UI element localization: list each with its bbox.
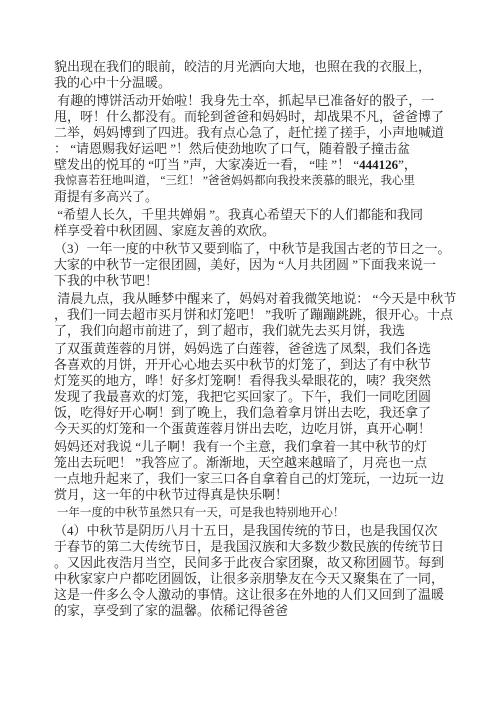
- text-line: 二举，妈妈博到了四进。我有点心急了，赶忙搓了搓手，小声地喊道: [54, 125, 476, 141]
- text-line: （4）中秋节是阴历八月十五日，是我国传统的节日，也是我国仅次: [54, 523, 476, 539]
- text-line: 大家的中秋节一定很团圆，美好，因为 “人月共团圆 ”下面我来说一: [54, 257, 476, 273]
- text-line: 下我的中秋节吧！: [54, 273, 476, 289]
- paragraph: 一年一度的中秋节虽然只有一天，可是我也特别地开心！: [54, 505, 476, 521]
- text-line: 妈妈还对我说 “儿子啊！我有一个主意，我们拿着一其中秋节的灯: [54, 439, 476, 455]
- paragraph: 妈妈还对我说 “儿子啊！我有一个主意，我们拿着一其中秋节的灯笼出去玩吧！ ”我答…: [54, 439, 476, 503]
- text-line: ，我们一同去超市买月饼和灯笼吧！ ”我听了蹦蹦跳跳，很开心。十点: [54, 307, 476, 323]
- text-line: 甭提有多高兴了。: [54, 189, 476, 205]
- text-line: 壁发出的悦耳的 “叮当 ”声，大家凑近一看， “哇 ”！ “444126”，: [54, 157, 476, 173]
- paragraph: （3）一年一度的中秋节又要到临了，中秋节是我国古老的节日之一。大家的中秋节一定很…: [54, 241, 476, 289]
- text-line: 笼出去玩吧！ ”我答应了。渐渐地，天空越来越暗了，月亮也一点: [54, 455, 476, 471]
- text-line: 今天买的灯笼和一个蛋黄莲蓉月饼出去吃，边吃月饼，真开心啊！: [54, 421, 476, 437]
- text-line: 了，我们向超市前进了，到了超市，我们就先去买月饼，我选: [54, 323, 476, 339]
- text-line: 一点地升起来了，我们一家三口各自拿着自己的灯笼玩，一边玩一边: [54, 471, 476, 487]
- text-line: 这是一件多么令人激动的事情。这让很多在外地的人们又回到了温暖: [54, 587, 476, 603]
- text-line: 各喜欢的月饼，开开心心地去买中秋节的灯笼了，到达了有中秋节: [54, 357, 476, 373]
- paragraph: “希望人长久，千里共婵娟 ”。我真心希望天下的人们都能和我同样享受着中秋团圆、家…: [54, 207, 476, 239]
- text-line: 样享受着中秋团圆、家庭友善的欢欣。: [54, 223, 476, 239]
- paragraph: 清晨九点，我从睡梦中醒来了，妈妈对着我微笑地说： “今天是中秋节，我们一同去超市…: [54, 291, 476, 339]
- text-line: 一年一度的中秋节虽然只有一天，可是我也特别地开心！: [54, 505, 476, 521]
- text-line: 貌出现在我们的眼前，皎洁的月光洒向大地，也照在我的衣服上，: [54, 59, 476, 75]
- text-line: 中秋家家户户都吃团圆饭，让很多亲朋挚友在今天又聚集在了一同，: [54, 571, 476, 587]
- text-line: 我的心中十分温暖。: [54, 75, 476, 91]
- paragraph: 貌出现在我们的眼前，皎洁的月光洒向大地，也照在我的衣服上，我的心中十分温暖。: [54, 59, 476, 91]
- text-line: 。又因此夜浩月当空，民间多于此夜合家团聚，故又称团圆节。每到: [54, 555, 476, 571]
- text-line: 发现了我最喜欢的灯笼，我把它买回家了。下午，我们一同吃团圆: [54, 389, 476, 405]
- text-line: 灯笼买的地方，哗！好多灯笼啊！看得我头晕眼花的，咦？我突然: [54, 373, 476, 389]
- document-page: 貌出现在我们的眼前，皎洁的月光洒向大地，也照在我的衣服上，我的心中十分温暖。 有…: [0, 0, 500, 708]
- paragraph: （4）中秋节是阴历八月十五日，是我国传统的节日，也是我国仅次于春节的第二大传统节…: [54, 523, 476, 619]
- paragraph: 有趣的博饼活动开始啦！我身先士卒，抓起早已准备好的骰子，一甩，呀！什么都没有。而…: [54, 93, 476, 205]
- dice-score-number: 444126: [359, 157, 398, 172]
- text-line: 清晨九点，我从睡梦中醒来了，妈妈对着我微笑地说： “今天是中秋节: [54, 291, 476, 307]
- text-line: 甩，呀！什么都没有。而轮到爸爸和妈妈时，却战果不凡，爸爸博了: [54, 109, 476, 125]
- text-line: 的家，享受到了家的温馨。依稀记得爸爸: [54, 603, 476, 619]
- text-line: 有趣的博饼活动开始啦！我身先士卒，抓起早已准备好的骰子，一: [54, 93, 476, 109]
- text-line: “希望人长久，千里共婵娟 ”。我真心希望天下的人们都能和我同: [54, 207, 476, 223]
- text-line: （3）一年一度的中秋节又要到临了，中秋节是我国古老的节日之一。: [54, 241, 476, 257]
- text-line: 于春节的第二大传统节日，是我国汉族和大多数少数民族的传统节日: [54, 539, 476, 555]
- paragraph: 了双蛋黄莲蓉的月饼，妈妈选了白莲蓉，爸爸选了凤梨，我们各选各喜欢的月饼，开开心心…: [54, 341, 476, 437]
- text-segment: 壁发出的悦耳的 “叮当 ”声，大家凑近一看， “哇 ”！ “: [54, 157, 359, 172]
- text-line: 我惊喜若狂地叫道， “三红！ ”爸爸妈妈都向我投来羡慕的眼光，我心里: [54, 173, 476, 189]
- text-line: ： “请恩赐我好运吧 ”！然后使劲地吹了口气，随着骰子撞击盆: [54, 141, 476, 157]
- text-line: 饭，吃得好开心啊！到了晚上，我们急着拿月饼出去吃，我还拿了: [54, 405, 476, 421]
- text-line: 了双蛋黄莲蓉的月饼，妈妈选了白莲蓉，爸爸选了凤梨，我们各选: [54, 341, 476, 357]
- text-segment: ”，: [398, 157, 417, 172]
- text-line: 赏月，这一年的中秋节过得真是快乐啊！: [54, 487, 476, 503]
